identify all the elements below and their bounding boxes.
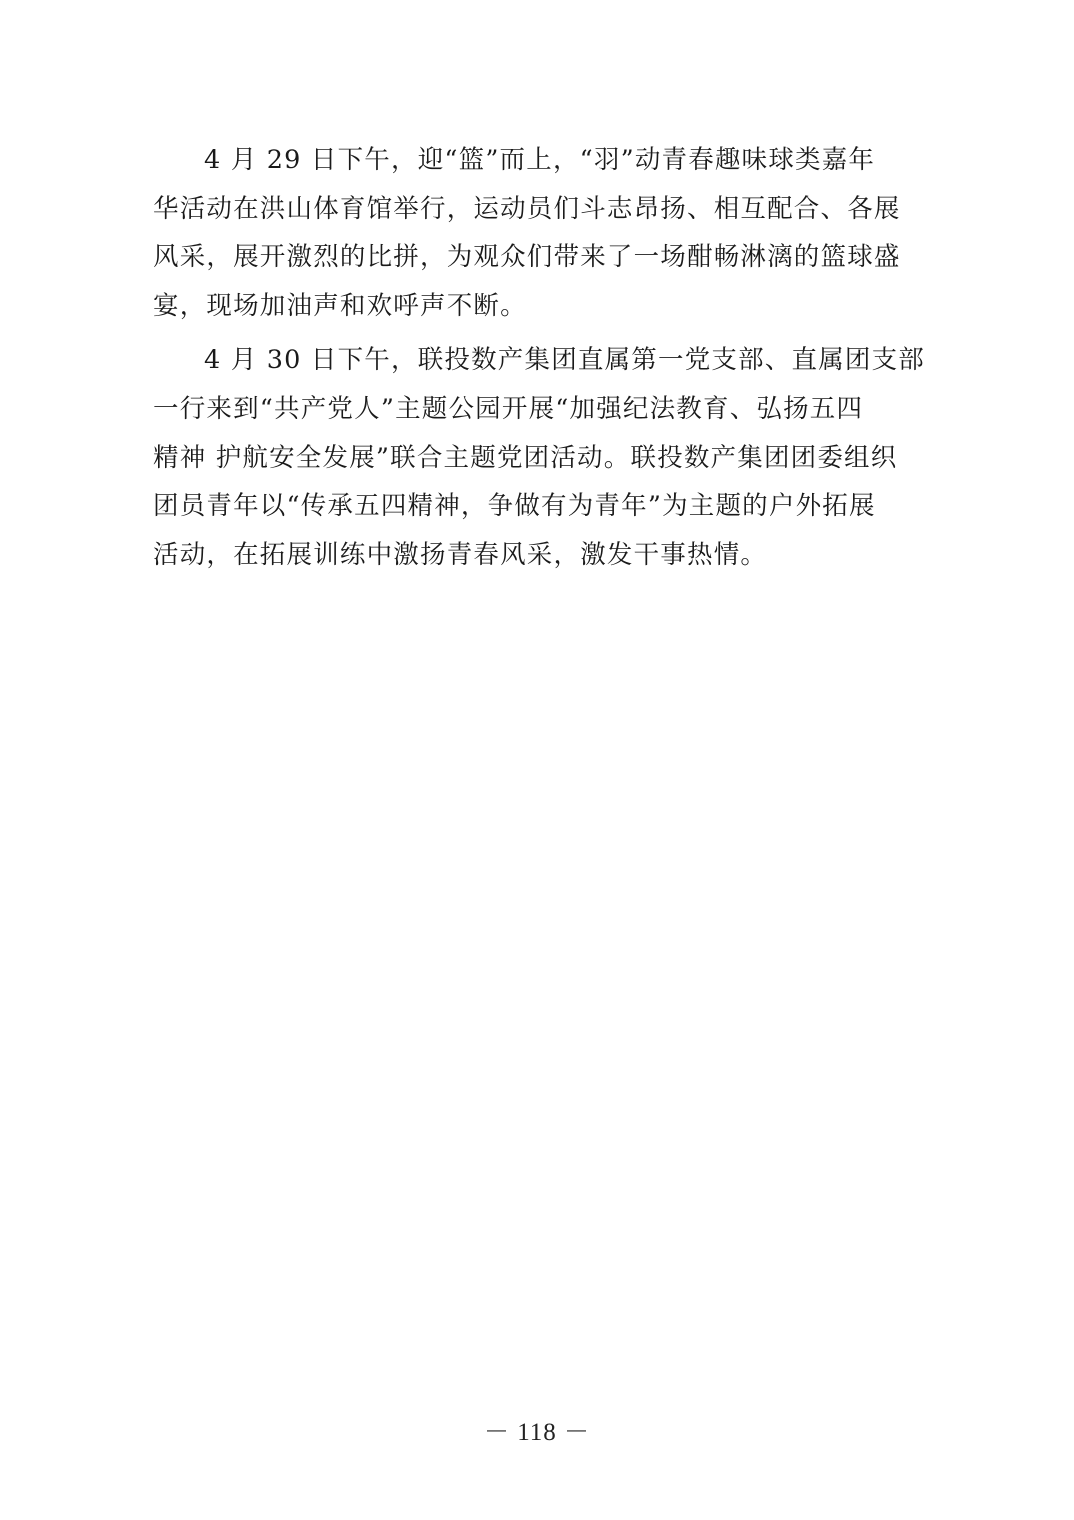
text-line: 风采，展开激烈的比拼，为观众们带来了一场酣畅淋漓的篮球盛 [153,233,923,282]
page-number: － 118 － [0,1412,1074,1448]
document-body: 4 月 29 日下午，迎“篮”而上，“羽”动青春趣味球类嘉年 华活动在洪山体育馆… [153,136,923,579]
text-line: 宴，现场加油声和欢呼声不断。 [153,282,923,331]
paragraph-april-30: 4 月 30 日下午，联投数产集团直属第一党支部、直属团支部 一行来到“共产党人… [153,336,923,579]
text-line: 4 月 30 日下午，联投数产集团直属第一党支部、直属团支部 [153,336,923,385]
document-page: 4 月 29 日下午，迎“篮”而上，“羽”动青春趣味球类嘉年 华活动在洪山体育馆… [0,0,1074,1520]
text-line: 4 月 29 日下午，迎“篮”而上，“羽”动青春趣味球类嘉年 [153,136,923,185]
text-line: 精神 护航安全发展”联合主题党团活动。联投数产集团团委组织 [153,434,923,483]
text-line: 一行来到“共产党人”主题公园开展“加强纪法教育、弘扬五四 [153,385,923,434]
text-line: 华活动在洪山体育馆举行，运动员们斗志昂扬、相互配合、各展 [153,185,923,234]
text-line: 活动，在拓展训练中激扬青春风采，激发干事热情。 [153,531,923,580]
text-line: 团员青年以“传承五四精神，争做有为青年”为主题的户外拓展 [153,482,923,531]
paragraph-april-29: 4 月 29 日下午，迎“篮”而上，“羽”动青春趣味球类嘉年 华活动在洪山体育馆… [153,136,923,330]
